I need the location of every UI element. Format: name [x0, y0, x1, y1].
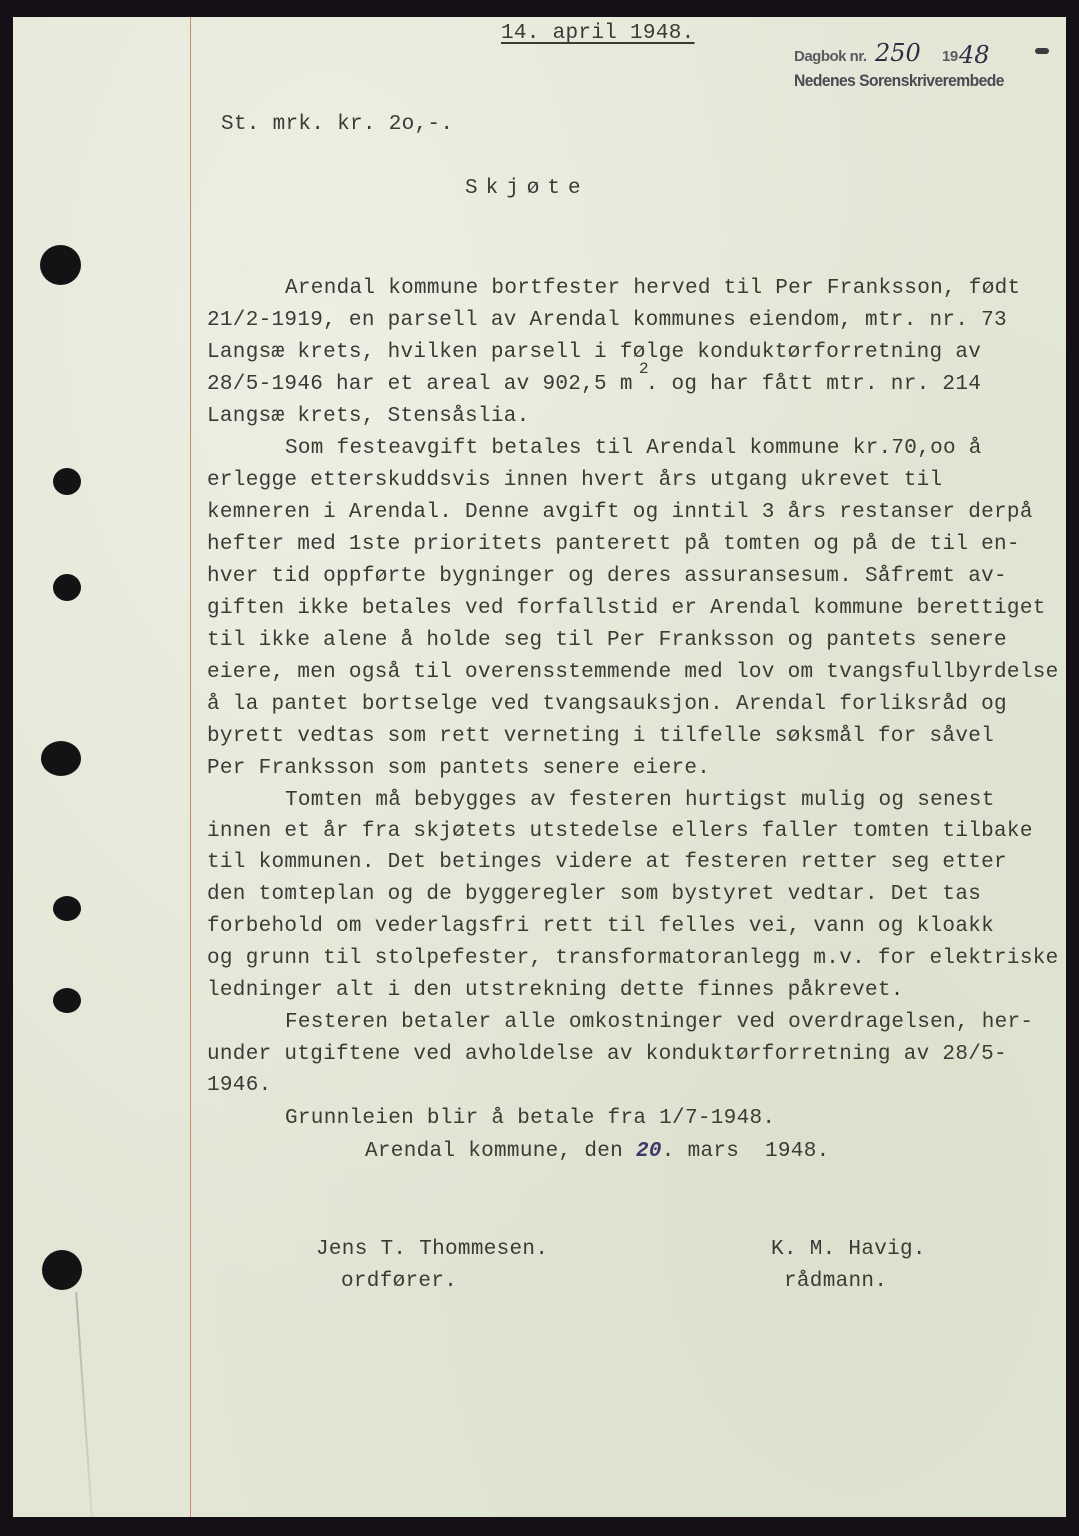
body-line: Langsæ krets, Stensåslia.: [207, 401, 530, 433]
body-line: Tomten må bebygges av festeren hurtigst …: [285, 785, 995, 817]
body-line: til kommunen. Det betinges videre at fes…: [207, 847, 1007, 879]
body-line: hefter med 1ste prioritets panterett på …: [207, 529, 1020, 561]
area-superscript: 2: [639, 353, 649, 385]
body-line: kemneren i Arendal. Denne avgift og innt…: [207, 497, 1033, 529]
body-line: den tomteplan og de byggeregler som byst…: [207, 879, 981, 911]
punch-hole: [53, 574, 81, 601]
body-line: Grunnleien blir å betale fra 1/7-1948.: [285, 1103, 775, 1135]
signature-title-mayor: ordfører.: [341, 1266, 457, 1298]
body-line: til ikke alene å holde seg til Per Frank…: [207, 625, 1007, 657]
punch-hole: [53, 468, 81, 495]
body-line: 1946.: [207, 1070, 272, 1102]
signature-title-councilman: rådmann.: [784, 1266, 887, 1298]
body-line: 28/5-1946 har et areal av 902,5 m . og h…: [207, 369, 981, 401]
body-line: giften ikke betales ved forfallstid er A…: [207, 593, 1046, 625]
paper-crease: [75, 1292, 93, 1517]
body-line: under utgiftene ved avholdelse av konduk…: [207, 1039, 1007, 1071]
ink-mark: [1035, 48, 1049, 54]
punch-hole: [40, 245, 81, 285]
body-line: forbehold om vederlagsfri rett til felle…: [207, 911, 994, 943]
handwritten-day: 20: [636, 1140, 662, 1163]
document-page: 14. april 1948. Dagbok nr. 250 19 48 Ned…: [13, 17, 1066, 1517]
punch-hole: [42, 1250, 82, 1290]
signature-name-mayor: Jens T. Thommesen.: [316, 1234, 548, 1266]
body-line: erlegge etterskuddsvis innen hvert års u…: [207, 465, 942, 497]
body-line: å la pantet bortselge ved tvangsauksjon.…: [207, 689, 1007, 721]
place-date: Arendal kommune, den 20. mars 1948.: [365, 1136, 830, 1168]
stamp-entry-number: 250: [875, 39, 921, 67]
body-line: og grunn til stolpefester, transformator…: [207, 943, 1059, 975]
stamp-year-suffix: 48: [959, 41, 990, 69]
stamp-dagbok-label: Dagbok nr.: [794, 48, 867, 65]
body-line: eiere, men også til overensstemmende med…: [207, 657, 1059, 689]
punch-hole: [41, 741, 81, 776]
body-line: 21/2-1919, en parsell av Arendal kommune…: [207, 305, 1007, 337]
body-line: hver tid oppførte bygninger og deres ass…: [207, 561, 1007, 593]
signature-name-councilman: K. M. Havig.: [771, 1234, 926, 1266]
body-line: ledninger alt i den utstrekning dette fi…: [207, 975, 904, 1007]
stamp-year-prefix: 19: [942, 48, 958, 65]
body-line: Som festeavgift betales til Arendal komm…: [285, 433, 982, 465]
document-title: Skjøte: [465, 173, 589, 205]
body-line: Festeren betaler alle omkostninger ved o…: [285, 1007, 1033, 1039]
body-line: Arendal kommune bortfester herved til Pe…: [285, 273, 1020, 305]
stamp-office: Nedenes Sorenskriverembede: [794, 71, 1004, 91]
body-line: Per Franksson som pantets senere eiere.: [207, 753, 710, 785]
stamp-duty: St. mrk. kr. 2o,-.: [221, 109, 453, 141]
place-date-prefix: Arendal kommune, den: [365, 1140, 636, 1163]
body-line: innen et år fra skjøtets utstedelse elle…: [207, 816, 1033, 848]
place-date-suffix: . mars 1948.: [662, 1140, 830, 1163]
margin-line: [190, 17, 191, 1517]
document-date: 14. april 1948.: [501, 18, 695, 50]
body-line: Langsæ krets, hvilken parsell i følge ko…: [207, 337, 981, 369]
body-line: byrett vedtas som rett verneting i tilfe…: [207, 721, 994, 753]
punch-hole: [53, 988, 81, 1013]
punch-hole: [53, 896, 81, 921]
